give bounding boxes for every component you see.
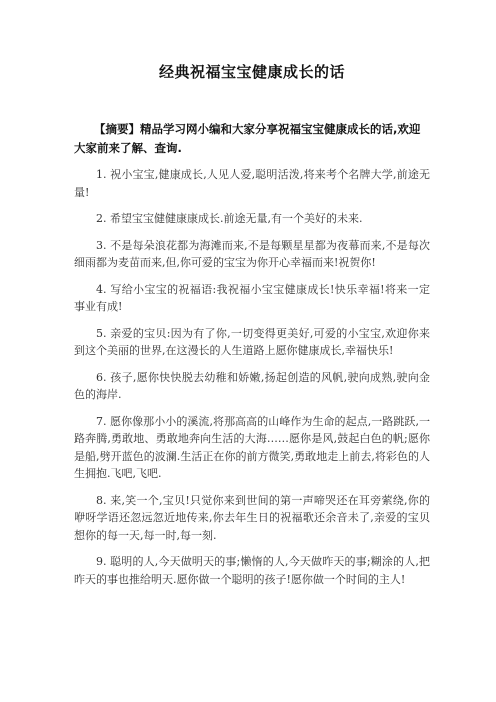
document-abstract: 【摘要】精品学习网小编和大家分享祝福宝宝健康成长的话,欢迎大家前来了解、查询. [74,120,430,158]
blessing-item: 7. 愿你像那小小的溪流,将那高高的山峰作为生命的起点,一路跳跃,一路奔腾,勇敢… [74,413,430,483]
document-title: 经典祝福宝宝健康成长的话 [74,61,430,82]
blessing-item: 8. 来,笑一个,宝贝!只觉你来到世间的第一声啼哭还在耳旁萦绕,你的咿呀学语还忽… [74,492,430,545]
header-watermark [190,0,350,4]
blessing-item: 9. 聪明的人,今天做明天的事;懒惰的人,今天做昨天的事;糊涂的人,把昨天的事也… [74,553,430,588]
blessing-item: 5. 亲爱的宝贝:因为有了你,一切变得更美好,可爱的小宝宝,欢迎你来到这个美丽的… [74,325,430,360]
blessing-item: 6. 孩子,愿你快快脱去幼稚和娇嫩,扬起创造的风帆,驶向成熟,驶向金色的海岸. [74,369,430,404]
blessing-item: 3. 不是每朵浪花都为海滩而来,不是每颗星星都为夜幕而来,不是每次细雨都为麦苗而… [74,237,430,272]
blessing-item: 1. 祝小宝宝,健康成长,人见人爱,聪明活泼,将来考个名牌大学,前途无量! [74,166,430,201]
blessing-item: 4. 写给小宝宝的祝福语:我祝福小宝宝健康成长!快乐幸福!将来一定事业有成! [74,281,430,316]
blessing-list: 1. 祝小宝宝,健康成长,人见人爱,聪明活泼,将来考个名牌大学,前途无量! 2.… [74,166,430,597]
blessing-item: 2. 希望宝宝健健康康成长.前途无量,有一个美好的未来. [74,210,430,228]
